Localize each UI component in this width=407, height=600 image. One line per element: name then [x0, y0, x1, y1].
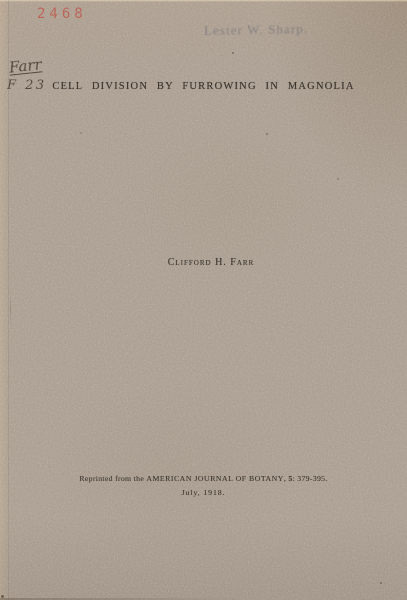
journal-name: American Journal of Botany: [146, 474, 284, 483]
reprint-prefix: Reprinted from the: [79, 474, 146, 483]
handwritten-author-surname: Farr: [8, 55, 42, 76]
reprint-date: July, 1918.: [0, 488, 407, 497]
page-range: : 379-395.: [293, 474, 328, 483]
paper-toning-blotch: [120, 120, 340, 280]
paper-title: CELL DIVISION BY FURROWING IN MAGNOLIA: [0, 81, 407, 92]
owner-name-stamp: Lester W. Sharp.: [204, 21, 309, 39]
paper-speck: [80, 132, 82, 134]
paper-speck: [266, 133, 268, 135]
paper-speck: [346, 88, 348, 90]
paper-scratch: [10, 293, 11, 327]
paper-top-edge-highlight: [0, 0, 407, 2]
paper-speck: [380, 582, 382, 584]
paper-author: Clifford H. Farr: [0, 257, 407, 268]
reprint-cover-scan: 2468 Lester W. Sharp. Farr F 23 CELL DIV…: [0, 0, 407, 600]
paper-speck: [337, 178, 339, 180]
paper-toning-blotch: [40, 380, 300, 560]
reprint-citation-line: Reprinted from the American Journal of B…: [0, 474, 407, 483]
paper-speck: [232, 52, 234, 54]
accession-number-stamp: 2468: [37, 6, 87, 22]
paper-left-edge-seam: [8, 0, 9, 600]
